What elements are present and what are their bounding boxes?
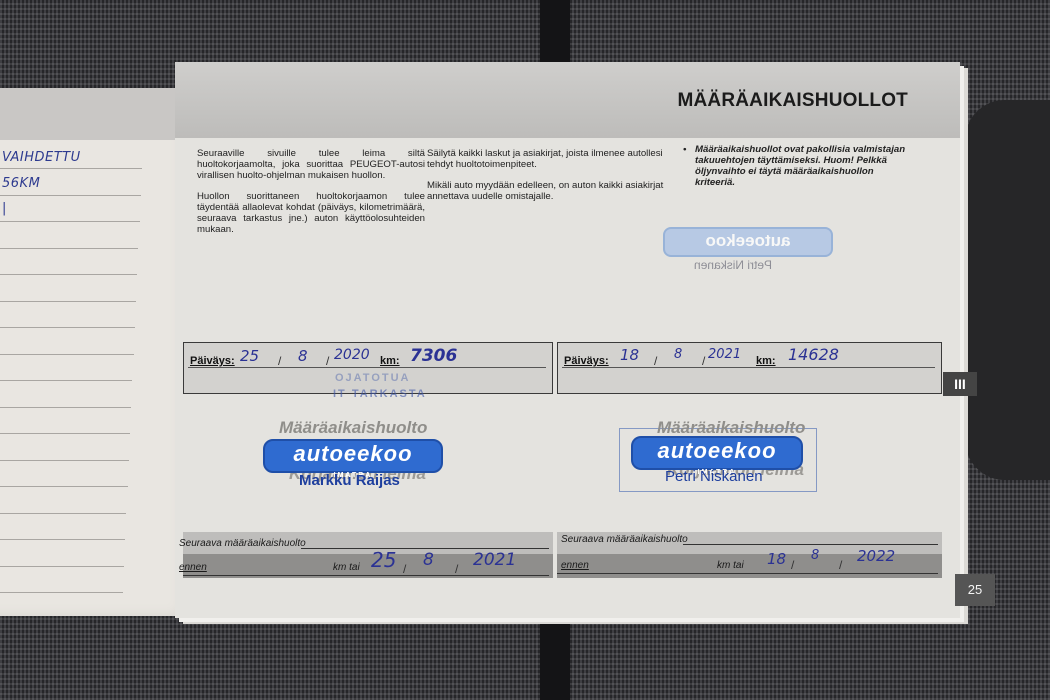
handwritten-note: VAIHDETTU (2, 150, 81, 165)
intro-column-1: Seuraaville sivuille tulee leima siltä h… (197, 148, 425, 245)
autoeekoo-logo: autoeekoo IMATRA (631, 436, 803, 470)
service-entry-1: Päiväys: 25 / 8 / 2020 km: 7306 OJATOTUA… (183, 342, 553, 578)
right-page: MÄÄRÄAIKAISHUOLLOT Seuraaville sivuille … (175, 62, 960, 618)
separator: / (839, 558, 842, 572)
separator: / (791, 558, 794, 572)
before-label: ennen (179, 562, 207, 573)
divider (683, 544, 938, 545)
autoeekoo-logo: autoeekoo IMATRA (263, 439, 443, 473)
service-date-box: Päiväys: 25 / 8 / 2020 km: 7306 (183, 342, 553, 394)
stamp-title: Määräaikaishuolto (657, 418, 805, 438)
paragraph: Huollon suorittaneen huoltokorjaamon tul… (197, 191, 425, 235)
date-month: 8 (298, 347, 308, 365)
km-value: 14628 (788, 345, 839, 364)
ruled-line (0, 380, 132, 381)
faint-stamp-line: IT TARKASTA (333, 388, 427, 400)
intro-column-2: Säilytä kaikki laskut ja asiakirjat, joi… (427, 148, 667, 212)
next-service-label: Seuraava määräaikaishuolto (179, 538, 306, 549)
ghost-stamp-logo: autoeekoo (663, 227, 833, 257)
warning-text: Määräaikaishuollot ovat pakollisia valmi… (695, 144, 913, 188)
date-label: Päiväys: (190, 355, 235, 367)
stamp-person: Petri Niskanen (665, 468, 763, 485)
divider (557, 573, 938, 574)
separator: / (403, 562, 406, 576)
ruled-line (0, 354, 134, 355)
ruled-line (0, 460, 129, 461)
separator: / (326, 354, 329, 368)
km-label: km: (380, 355, 400, 367)
handwritten-note: 56KM (2, 176, 40, 191)
faint-stamp-line: OJATOTUA (335, 372, 411, 384)
separator: / (702, 354, 705, 368)
date-year: 2020 (334, 347, 370, 363)
date-year: 2021 (708, 347, 741, 362)
page-title: MÄÄRÄAIKAISHUOLLOT (677, 90, 908, 112)
stamp-person: Markku Raijas (299, 472, 400, 489)
km-or-label: km tai (717, 560, 744, 571)
date-label: Päiväys: (564, 355, 609, 367)
next-day: 25 (371, 548, 396, 572)
km-label: km: (756, 355, 776, 367)
before-label: ennen (561, 560, 589, 571)
paragraph: Seuraaville sivuille tulee leima siltä h… (197, 148, 425, 181)
ghost-stamp-name: Petri Niskanen (694, 258, 772, 272)
next-month: 8 (423, 550, 434, 570)
stamp-title: Määräaikaishuolto (279, 418, 427, 438)
ruled-line (0, 221, 140, 222)
date-row: Päiväys: 18 / 8 / 2021 km: 14628 (562, 349, 935, 368)
ruled-line (0, 433, 130, 434)
date-row: Päiväys: 25 / 8 / 2020 km: 7306 (188, 349, 546, 368)
next-year: 2022 (857, 547, 895, 565)
divider (301, 548, 549, 549)
page-number: 25 (955, 574, 995, 606)
ruled-line (0, 168, 142, 169)
service-entry-2: Päiväys: 18 / 8 / 2021 km: 14628 Määräai… (557, 342, 942, 578)
ruled-line (0, 539, 125, 540)
bullet-icon: • (683, 144, 686, 155)
ruled-line (0, 592, 123, 593)
handwritten-note: | (2, 201, 7, 216)
separator: / (455, 562, 458, 576)
km-value: 7306 (410, 346, 457, 366)
ruled-line (0, 195, 141, 196)
divider (183, 575, 549, 576)
ruled-line (0, 566, 124, 567)
ruled-line (0, 301, 136, 302)
next-service-due-row: ennen km tai 18 / 8 / 2022 (557, 554, 942, 578)
dark-panel (965, 100, 1050, 480)
next-day: 18 (767, 550, 786, 568)
next-year: 2021 (473, 550, 516, 570)
service-date-box: Päiväys: 18 / 8 / 2021 km: 14628 (557, 342, 942, 394)
warning-note: • Määräaikaishuollot ovat pakollisia val… (683, 144, 913, 188)
ruled-line (0, 327, 135, 328)
date-month: 8 (674, 347, 682, 362)
next-month: 8 (811, 548, 819, 563)
date-day: 25 (240, 347, 259, 365)
section-tab: III (943, 372, 977, 396)
next-service-label: Seuraava määräaikaishuolto (561, 534, 688, 545)
workshop-stamp: Määräaikaishuolto Korjaamon leima autoee… (557, 414, 942, 524)
ruled-line (0, 513, 126, 514)
separator: / (278, 354, 281, 368)
paragraph: Säilytä kaikki laskut ja asiakirjat, joi… (427, 148, 667, 170)
page-header: MÄÄRÄAIKAISHUOLLOT (175, 62, 960, 138)
separator: / (654, 354, 657, 368)
logo-text: autoeekoo (657, 438, 776, 463)
workshop-stamp: Määräaikaishuolto Korjaamon leima autoee… (183, 414, 553, 524)
left-page-header (0, 88, 190, 140)
ruled-line (0, 486, 128, 487)
left-page: VAIHDETTU 56KM | (0, 88, 200, 616)
ruled-line (0, 407, 131, 408)
date-day: 18 (620, 346, 639, 364)
logo-text: autoeekoo (293, 441, 412, 466)
km-or-label: km tai (333, 562, 360, 573)
ruled-line (0, 248, 138, 249)
ruled-line (0, 274, 137, 275)
paragraph: Mikäli auto myydään edelleen, on auton k… (427, 180, 667, 202)
next-service-due-row: ennen km tai 25 / 8 / 2021 (183, 554, 553, 578)
